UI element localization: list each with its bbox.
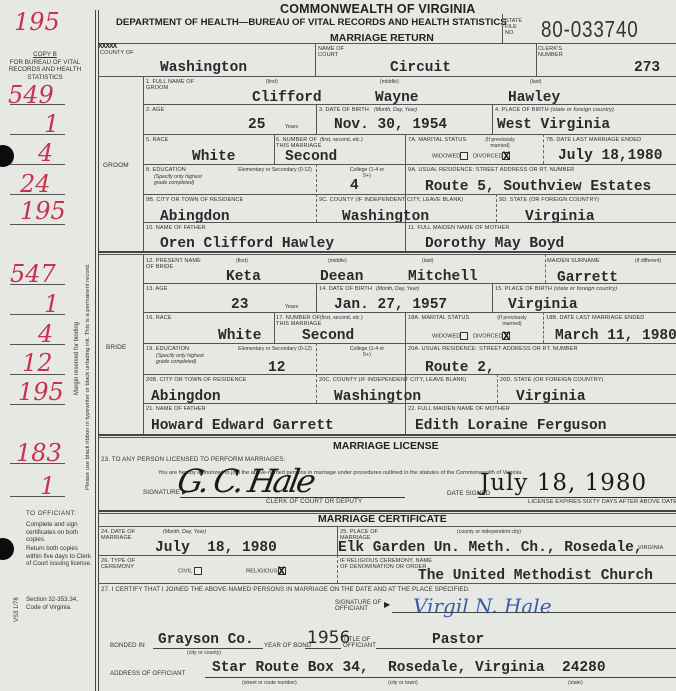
groom-marriage-number: Second <box>285 150 337 165</box>
margin-code: 4 <box>38 141 53 165</box>
officiant-note-1: Complete and sign certificates on both c… <box>26 521 92 544</box>
state-title: COMMONWEALTH OF VIRGINIA <box>280 2 476 16</box>
margin-code: 12 <box>22 351 53 375</box>
county-label: COUNTY OF <box>100 50 134 56</box>
margin-code: 1 <box>44 112 59 136</box>
certificate-heading: MARRIAGE CERTIFICATE <box>318 513 447 525</box>
officiant-note-2: Return both copies within five days to C… <box>26 545 92 568</box>
clerk-signature: G. C. Hale <box>175 462 316 500</box>
officiant-signature: Virgil N. Hale <box>413 594 552 618</box>
margin-code: 195 <box>20 199 66 223</box>
margin-code: 24 <box>20 172 51 196</box>
certify-statement: 27. I CERTIFY THAT I JOINED THE ABOVE-NA… <box>101 587 470 593</box>
groom-education-college: 4 <box>350 179 359 194</box>
copy-label: COPY B FOR BUREAU OF VITAL RECORDS AND H… <box>4 51 86 81</box>
margin-code: 183 <box>16 441 62 465</box>
bride-marriage-number: Second <box>302 329 354 344</box>
court-value: Circuit <box>390 61 451 76</box>
margin-code: 4 <box>38 322 53 346</box>
bride-race: White <box>218 329 262 344</box>
groom-widowed-checkbox[interactable] <box>460 152 468 160</box>
form-code: VS3 1/78 <box>14 597 20 622</box>
state-file-number: 80-033740 <box>541 16 639 43</box>
bride-age: 23 <box>231 298 248 313</box>
groom-name-label: 1. FULL NAME OF GROOM <box>146 79 201 91</box>
margin-code-top: 195 <box>14 10 60 34</box>
civil-ceremony-checkbox[interactable] <box>194 567 202 575</box>
bride-section-label: BRIDE <box>106 345 126 351</box>
margin-code: 1 <box>40 474 55 498</box>
groom-section-label: GROOM <box>103 163 129 169</box>
groom-divorced-checkbox[interactable] <box>502 152 510 160</box>
marriage-date: July 18, 1980 <box>155 541 277 556</box>
margin-code: 195 <box>18 380 64 404</box>
groom-birthplace: West Virginia <box>497 118 610 133</box>
margin-code: 1 <box>44 292 59 316</box>
officiant-address-street: Star Route Box 34, <box>212 661 369 676</box>
county-value: Washington <box>160 61 247 76</box>
binding-note: Margin reserved for binding <box>74 322 80 395</box>
groom-age: 25 <box>248 118 265 133</box>
court-label: NAME OF COURT <box>318 46 348 58</box>
license-heading: MARRIAGE LICENSE <box>333 440 439 452</box>
groom-last-marriage-ended: July 18,1980 <box>558 149 662 164</box>
bride-mother: Edith Loraine Ferguson <box>415 419 606 434</box>
bride-widowed-checkbox[interactable] <box>460 332 468 340</box>
officiant-address-city: Rosedale, Virginia 24280 <box>388 661 606 676</box>
department-title: DEPARTMENT OF HEALTH—BUREAU OF VITAL REC… <box>116 17 507 28</box>
bride-dob: Jan. 27, 1957 <box>334 298 447 313</box>
bride-divorced-checkbox[interactable] <box>502 332 510 340</box>
date-signed: July 18, 1980 <box>480 470 647 496</box>
clerk-number-label: CLERK'S NUMBER <box>538 46 574 58</box>
section-note: Section 32-353.34, Code of Virginia. <box>26 596 92 611</box>
margin-code: 547 <box>10 262 56 286</box>
groom-dob: Nov. 30, 1954 <box>334 118 447 133</box>
punch-hole <box>0 538 14 560</box>
arrow-icon: ▶ <box>384 600 390 609</box>
bride-father: Howard Edward Garrett <box>151 419 334 434</box>
bonded-in: Grayson Co. <box>158 633 254 648</box>
denomination: The United Methodist Church <box>418 569 653 584</box>
officiant-title: Pastor <box>432 633 484 648</box>
state-file-label: STATE FILE NO. <box>505 18 525 36</box>
bride-birthplace: Virginia <box>508 298 578 313</box>
bride-last-marriage-ended: March 11, 1980 <box>555 329 676 344</box>
groom-mother: Dorothy May Boyd <box>425 237 564 252</box>
officiant-heading: TO OFFICIANT: <box>26 510 92 518</box>
religious-ceremony-checkbox[interactable] <box>278 567 286 575</box>
groom-race: White <box>192 150 236 165</box>
groom-street: Route 5, Southview Estates <box>425 180 651 195</box>
marriage-place: Elk Garden Un. Meth. Ch., Rosedale, <box>338 541 643 556</box>
county-strike: XXXXX <box>98 43 116 50</box>
clerk-number-value: 273 <box>634 61 660 76</box>
groom-father: Oren Clifford Hawley <box>160 237 334 252</box>
ink-note: Please use black ribbon in typewriter or… <box>85 264 91 490</box>
